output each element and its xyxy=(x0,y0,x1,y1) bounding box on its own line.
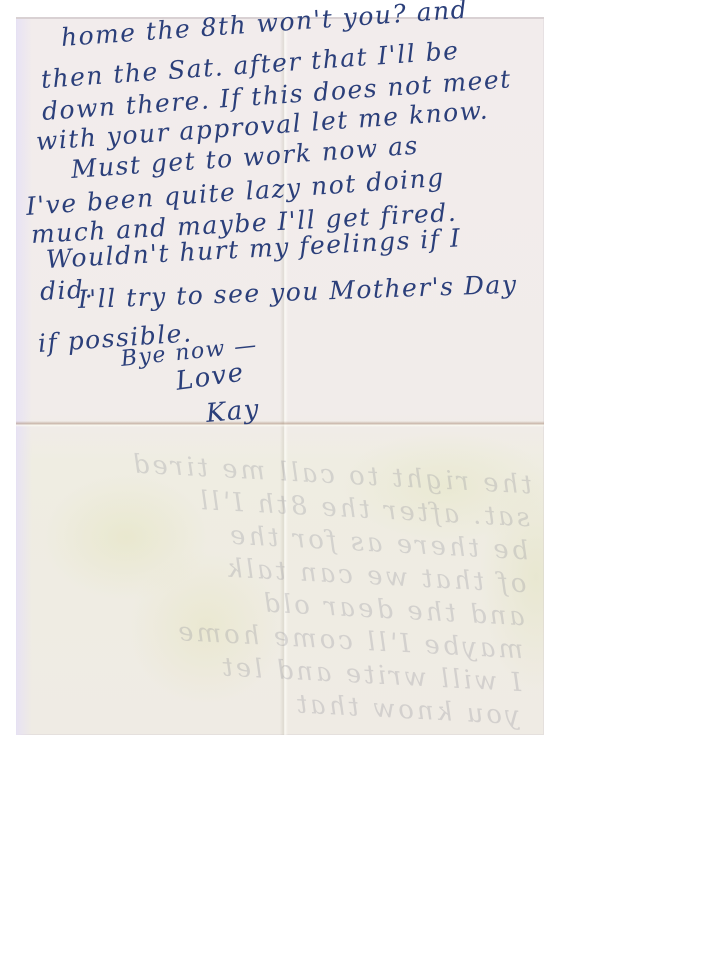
signature: Kay xyxy=(205,394,262,429)
letter-page: the right to call me tired sat. after th… xyxy=(16,17,544,735)
bleed-through-text: the right to call me tired sat. after th… xyxy=(49,445,532,733)
paper-edge-shadow xyxy=(16,17,32,735)
horizontal-fold-crease xyxy=(16,421,544,427)
paragraph-start-line: I'll try to see you Mother's Day xyxy=(77,270,517,314)
